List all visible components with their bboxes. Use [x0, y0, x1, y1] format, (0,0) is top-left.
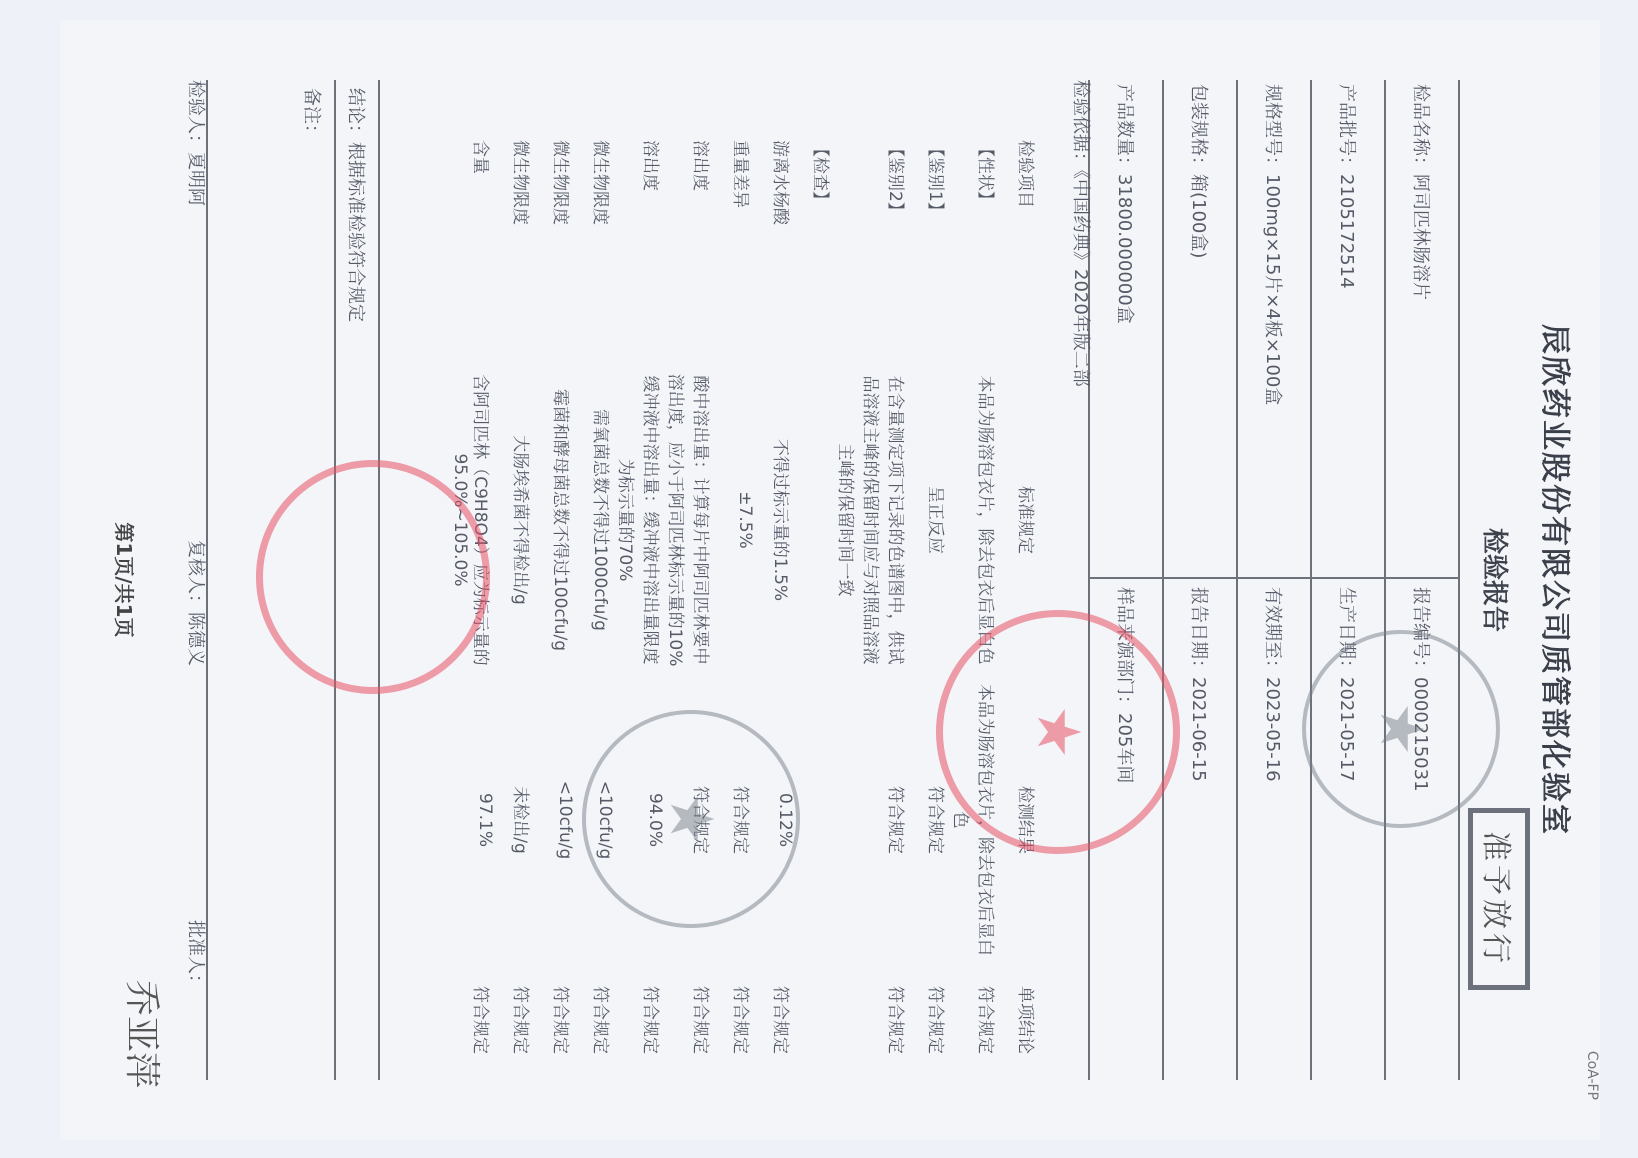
report-date: 报告日期：2021-06-15	[1164, 577, 1236, 1080]
table-row: 游离水杨酸不得过标示量的1.5%0.12%符合规定	[755, 80, 795, 1080]
table-row: 【鉴别1】呈正反应符合规定符合规定	[910, 80, 950, 1080]
coa-tag: CoA-FP	[1584, 1051, 1600, 1100]
row-standard: 在含量测定项下记录的色谱图中，供试品溶液主峰的保留时间应与对照品溶液主峰的保留时…	[835, 360, 910, 680]
row-verdict: 符合规定	[550, 960, 575, 1080]
product-name: 检品名称：阿司匹林肠溶片	[1409, 80, 1435, 577]
row-standard: 不得过标示量的1.5%	[770, 360, 795, 680]
row-verdict: 符合规定	[690, 960, 715, 1080]
row-result: 本品为肠溶包衣片，除去包衣后显白色	[950, 680, 1000, 960]
row-item: 重量差异	[730, 80, 755, 360]
row-verdict: 符合规定	[590, 960, 615, 1080]
row-result: 符合规定	[690, 680, 715, 960]
company-title: 辰欣药业股份有限公司质管部化验室	[1536, 20, 1580, 1140]
conclusion: 结论：根据标准检验符合规定	[334, 80, 378, 1080]
row-result: 符合规定	[885, 680, 910, 960]
row-item: 【鉴别1】	[925, 80, 950, 360]
expiry-date: 有效期至：2023-05-16	[1238, 577, 1310, 1080]
row-result: 符合规定	[730, 680, 755, 960]
row-standard: 本品为肠溶包衣片，除去包衣后显白色	[975, 360, 1000, 680]
col-item: 检验项目	[1015, 80, 1040, 360]
row-result: 97.1%	[475, 680, 495, 960]
inspection-basis: 检验依据：《中国药典》2020年版二部	[1069, 80, 1095, 387]
sample-source: 样品来源部门：205车间	[1090, 577, 1162, 1080]
packaging: 包装规格：箱(100盒)	[1187, 80, 1213, 577]
row-item: 微生物限度	[590, 80, 615, 360]
table-row: 【鉴别2】在含量测定项下记录的色谱图中，供试品溶液主峰的保留时间应与对照品溶液主…	[835, 80, 910, 1080]
row-item: 【性状】	[975, 80, 1000, 360]
row-item: 溶出度	[690, 80, 715, 360]
row-standard: 需氧菌总数不得过1000cfu/g	[590, 360, 615, 680]
table-row: 【检查】	[795, 80, 835, 1080]
col-standard: 标准规定	[1015, 360, 1040, 680]
col-verdict: 单项结论	[1015, 960, 1040, 1080]
row-item: 溶出度	[640, 80, 665, 360]
row-verdict: 符合规定	[470, 960, 495, 1080]
row-result: 0.12%	[775, 680, 795, 960]
table-row: 溶出度酸中溶出量：计算每片中阿司匹林要中溶出度，应小于阿司匹林标示量的10%符合…	[665, 80, 715, 1080]
row-result: 未检出/g	[510, 680, 535, 960]
row-standard: 缓冲液中溶出量：缓冲液中溶出量限度为标示量的70%	[615, 360, 665, 680]
report-number: 报告编号：0000215031	[1386, 577, 1458, 1080]
row-item: 微生物限度	[550, 80, 575, 360]
release-stamp: 准予放行	[1468, 808, 1530, 990]
results-table: 检验项目 标准规定 检测结果 单项结论 【性状】本品为肠溶包衣片，除去包衣后显白…	[450, 80, 1040, 1080]
row-standard: 酸中溶出量：计算每片中阿司匹林要中溶出度，应小于阿司匹林标示量的10%	[665, 360, 715, 680]
table-row: 微生物限度需氧菌总数不得过1000cfu/g<10cfu/g符合规定	[575, 80, 615, 1080]
table-row: 含量含阿司匹林（C9H8O4）应为标示量的95.0%~105.0%97.1%符合…	[450, 80, 495, 1080]
approver: 批准人：	[184, 920, 210, 992]
row-verdict: 符合规定	[770, 960, 795, 1080]
row-item: 【检查】	[810, 80, 835, 360]
table-row: 【性状】本品为肠溶包衣片，除去包衣后显白色本品为肠溶包衣片，除去包衣后显白色符合…	[950, 80, 1000, 1080]
quantity: 产品数量：31800.000000盒	[1113, 80, 1139, 577]
row-verdict: 符合规定	[640, 960, 665, 1080]
row-result: <10cfu/g	[595, 680, 615, 960]
row-result: 94.0%	[645, 680, 665, 960]
row-verdict: 符合规定	[975, 960, 1000, 1080]
remarks: 备注：	[206, 80, 334, 1080]
conclusion-section: 结论：根据标准检验符合规定 备注：	[206, 80, 380, 1080]
report-header: 检品名称：阿司匹林肠溶片报告编号：0000215031 产品批号：2105172…	[1088, 80, 1460, 1080]
row-standard: 大肠埃希菌不得检出/g	[510, 360, 535, 680]
row-verdict: 符合规定	[885, 960, 910, 1080]
row-standard: 呈正反应	[925, 360, 950, 680]
specification: 规格型号：100mg×15片×4板×100盒	[1261, 80, 1287, 577]
table-row: 微生物限度霉菌和酵母菌总数不得过100cfu/g<10cfu/g符合规定	[535, 80, 575, 1080]
inspection-report: CoA-FP 辰欣药业股份有限公司质管部化验室 检验报告 准予放行 检品名称：阿…	[60, 20, 1600, 1140]
table-header: 检验项目 标准规定 检测结果 单项结论	[1000, 80, 1040, 1080]
row-standard: 含阿司匹林（C9H8O4）应为标示量的95.0%~105.0%	[450, 360, 495, 680]
table-row: 重量差异±7.5%符合规定符合规定	[715, 80, 755, 1080]
row-item: 含量	[470, 80, 495, 360]
row-verdict: 符合规定	[730, 960, 755, 1080]
row-standard: 霉菌和酵母菌总数不得过100cfu/g	[550, 360, 575, 680]
reviewer: 复核人：陈德义	[184, 540, 210, 666]
row-item: 【鉴别2】	[885, 80, 910, 360]
row-item: 微生物限度	[510, 80, 535, 360]
row-item: 游离水杨酸	[770, 80, 795, 360]
page-number: 第1页/共1页	[111, 20, 140, 1140]
col-result: 检测结果	[1015, 680, 1040, 960]
row-result: <10cfu/g	[555, 680, 575, 960]
production-date: 生产日期：2021-05-17	[1312, 577, 1384, 1080]
batch-number: 产品批号：2105172514	[1335, 80, 1361, 577]
row-verdict: 符合规定	[925, 960, 950, 1080]
table-row: 微生物限度大肠埃希菌不得检出/g未检出/g符合规定	[495, 80, 535, 1080]
row-standard: ±7.5%	[735, 360, 755, 680]
row-result: 符合规定	[925, 680, 950, 960]
scanned-page: CoA-FP 辰欣药业股份有限公司质管部化验室 检验报告 准予放行 检品名称：阿…	[0, 0, 1638, 1158]
inspector: 检验人：夏明阿	[184, 80, 210, 206]
row-verdict: 符合规定	[510, 960, 535, 1080]
table-row: 溶出度缓冲液中溶出量：缓冲液中溶出量限度为标示量的70%94.0%符合规定	[615, 80, 665, 1080]
